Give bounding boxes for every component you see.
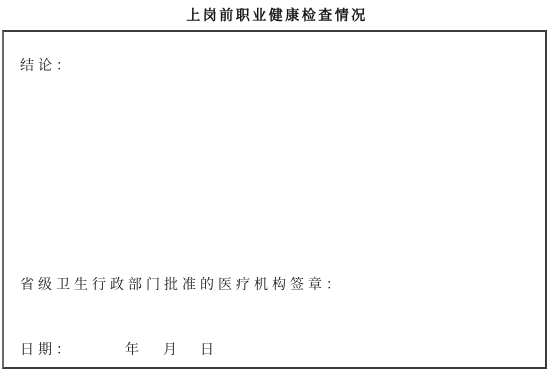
date-row: 日期： 年 月 日: [20, 339, 218, 359]
month-label: 月: [163, 339, 181, 359]
document-title: 上岗前职业健康检查情况: [0, 5, 554, 25]
year-label: 年: [125, 339, 143, 359]
signature-label: 省级卫生行政部门批准的医疗机构签章：: [20, 274, 344, 294]
date-label: 日期：: [20, 339, 74, 359]
day-label: 日: [200, 339, 218, 359]
document-page: { "title": "上岗前职业健康检查情况", "form": { "con…: [0, 0, 554, 385]
conclusion-label: 结论：: [20, 55, 74, 75]
form-box: 结论： 省级卫生行政部门批准的医疗机构签章： 日期： 年 月 日: [2, 30, 547, 369]
